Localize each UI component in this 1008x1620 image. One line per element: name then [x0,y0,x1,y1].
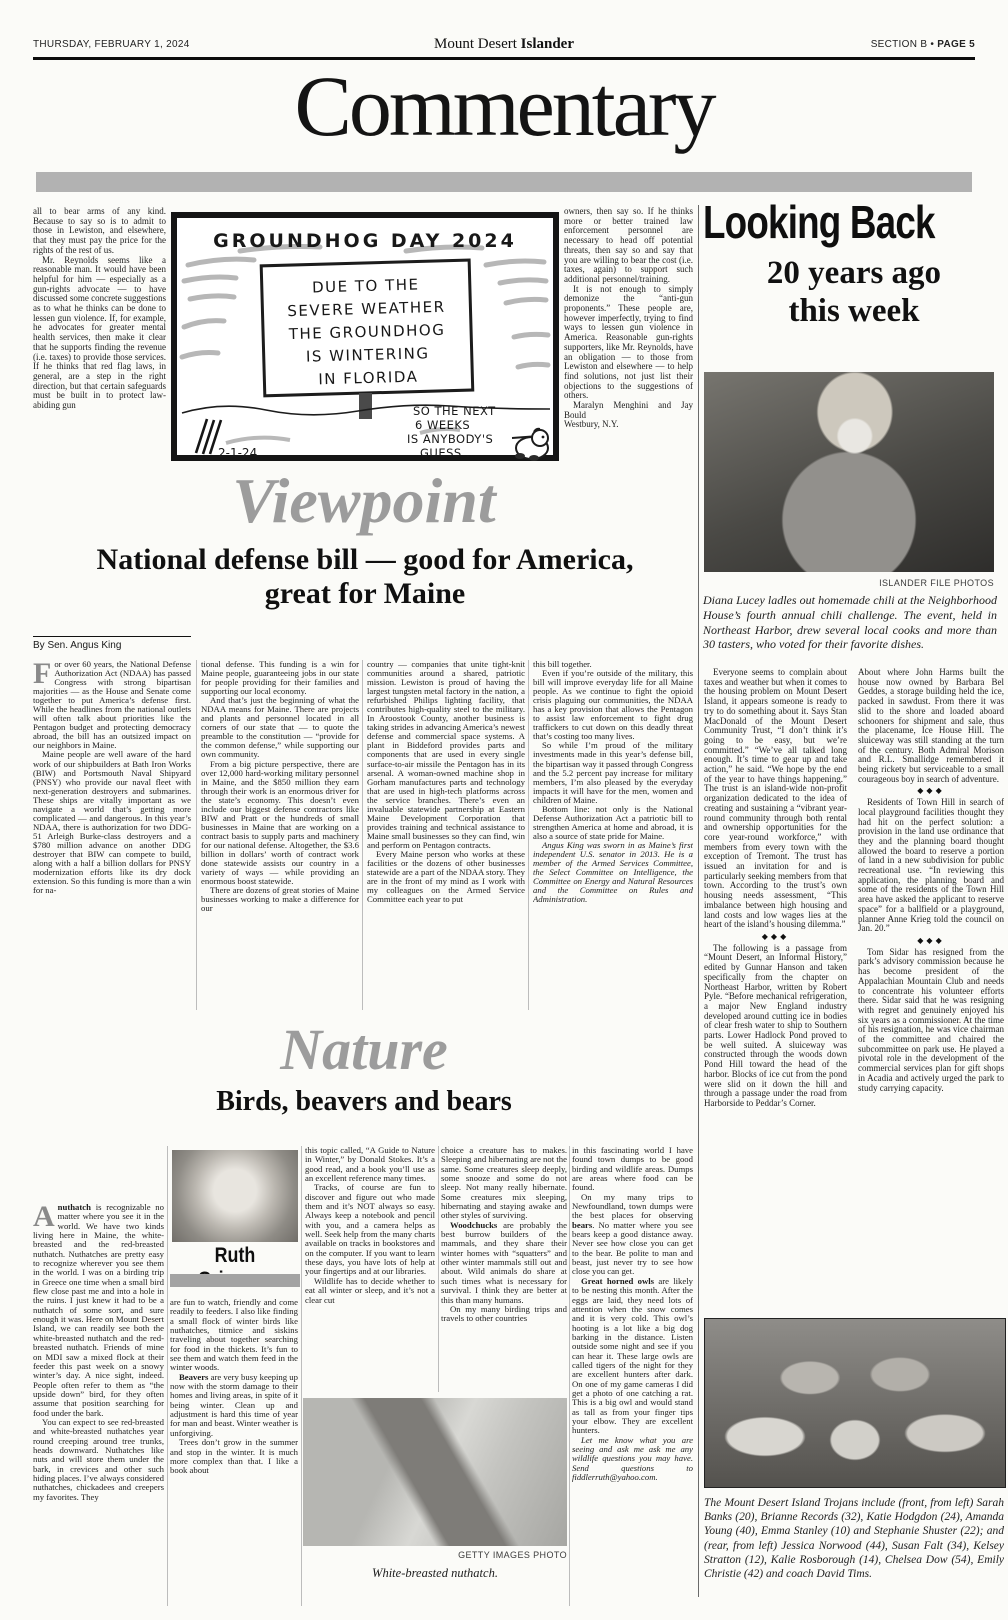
letter-column-1: all to bear arms of any kind. Because to… [33,207,166,479]
sign-post [359,393,372,419]
column-rule [528,660,529,1010]
column-rule [569,1146,570,1606]
masthead-bold: Islander [521,36,574,52]
column-rule [301,1146,302,1606]
viewpoint-column-4: this bill together.Even if you’re outsid… [533,660,693,1012]
nature-section-label: Nature [33,1018,695,1082]
team-photo-caption: The Mount Desert Island Trojans include … [704,1496,1004,1581]
column-rule [167,1146,168,1606]
column-rule [438,1146,439,1392]
viewpoint-column-3: country — companies that unite tight-kni… [367,660,525,1012]
nuthatch-photo [303,1398,567,1546]
svg-text:GUESS ...: GUESS ... [420,446,478,460]
column-rule [362,660,363,1010]
looking-back-column-1: Everyone seems to complain about taxes a… [704,668,847,1316]
nature-column-3: this topic called, “A Guide to Nature in… [305,1146,435,1392]
commentary-banner: Commentary [0,56,1008,156]
svg-text:2-1-24: 2-1-24 [218,446,257,460]
getty-photo-credit: GETTY IMAGES PHOTO [303,1550,567,1560]
columnist-name-bar [170,1274,300,1287]
masthead-regular: Mount Desert [434,36,521,52]
trojans-team-photo [704,1318,1006,1488]
nature-headline: Birds, beavers and bears [33,1086,695,1117]
svg-text:6 WEEKS: 6 WEEKS [415,418,470,432]
svg-text:IN FLORIDA: IN FLORIDA [318,368,419,389]
viewpoint-column-2: tional defense. This funding is a win fo… [201,660,359,1012]
looking-back-subtitle: 20 years ago this week [703,254,1005,330]
chili-challenge-photo [704,372,994,572]
section-page-label: SECTION B • PAGE 5 [871,39,975,50]
looking-back-column-2: About where John Harms built the house n… [858,668,1004,1316]
viewpoint-section-label: Viewpoint [33,466,695,536]
editorial-cartoon: GROUNDHOG DAY 2024 DUE TO THE SEVERE WEA… [170,207,560,464]
banner-gray-bar [36,172,972,192]
viewpoint-headline: National defense bill — good for America… [50,543,680,611]
svg-text:SO THE NEXT: SO THE NEXT [413,404,496,418]
viewpoint-byline: By Sen. Angus King [33,636,191,651]
svg-text:IS WINTERING: IS WINTERING [306,344,430,365]
svg-text:DUE TO THE: DUE TO THE [312,275,420,296]
nature-column-5: in this fascinating world I have found t… [572,1146,693,1608]
cartoon-title: GROUNDHOG DAY 2024 [213,230,517,252]
newspaper-page: THURSDAY, FEBRUARY 1, 2024 Mount Desert … [0,0,1008,1620]
column-rule [196,660,197,1010]
looking-back-title: Looking Back [703,198,993,246]
columnist-photo [172,1150,298,1242]
viewpoint-column-1: For over 60 years, the National Defense … [33,660,191,1012]
letter-column-2: owners, then say so. If he thinks more o… [564,207,693,479]
chili-photo-caption: Diana Lucey ladles out homemade chili at… [703,593,997,652]
main-column-rule [698,205,699,1597]
nuthatch-photo-caption: White-breasted nuthatch. [303,1566,567,1581]
cartoon-sign: DUE TO THE SEVERE WEATHER THE GROUNDHOG … [261,260,473,396]
islander-photo-credit: ISLANDER FILE PHOTOS [704,578,994,588]
masthead: Mount Desert Islander [0,36,1008,53]
nature-column-2: are fun to watch, friendly and come read… [170,1298,298,1613]
nature-column-4: choice a creature has to makes. Sleeping… [441,1146,567,1394]
nature-column-1: Anuthatch is recognizable no matter wher… [33,1203,164,1615]
svg-text:IS ANYBODY'S: IS ANYBODY'S [407,432,493,446]
